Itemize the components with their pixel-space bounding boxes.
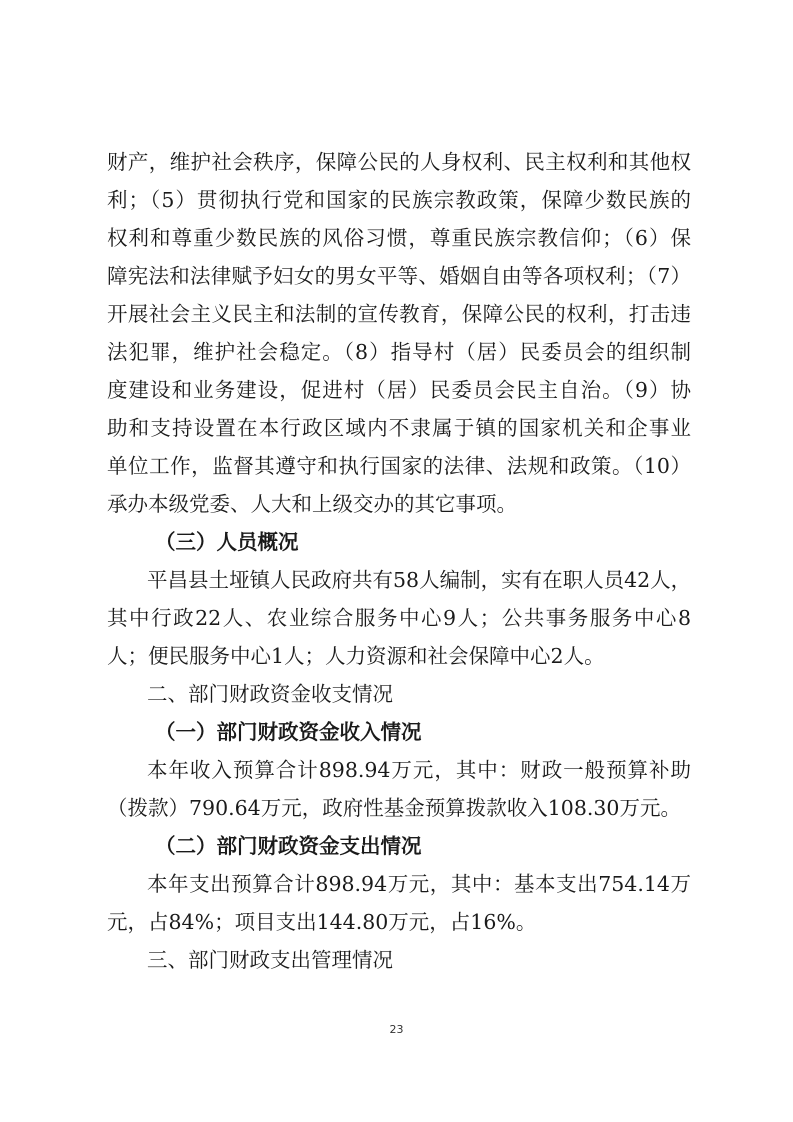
body-text-line: 财产，维护社会秩序，保障公民的人身权利、民主权利和其他权 [107, 149, 691, 175]
body-text-line: 度建设和业务建设，促进村（居）民委员会民主自治。（9）协 [107, 377, 691, 403]
income-heading: （一）部门财政资金收入情况 [155, 719, 422, 745]
section-two-heading: 二、部门财政资金收支情况 [147, 681, 393, 707]
body-text-line: 障宪法和法律赋予妇女的男女平等、婚姻自由等各项权利；（7） [107, 263, 691, 289]
expense-text-line: 元，占84%；项目支出144.80万元，占16%。 [107, 909, 691, 935]
expense-heading: （二）部门财政资金支出情况 [155, 833, 422, 859]
staff-text-line: 人；便民服务中心1人；人力资源和社会保障中心2人。 [107, 643, 691, 669]
body-text-line: 承办本级党委、人大和上级交办的其它事项。 [107, 491, 691, 517]
document-page: 财产，维护社会秩序，保障公民的人身权利、民主权利和其他权 利；（5）贯彻执行党和… [0, 0, 793, 1122]
income-text-line: （拨款）790.64万元，政府性基金预算拨款收入108.30万元。 [107, 795, 691, 821]
body-text-line: 单位工作，监督其遵守和执行国家的法律、法规和政策。（10） [107, 453, 691, 479]
section-three-heading: 三、部门财政支出管理情况 [147, 947, 393, 973]
staff-overview-heading: （三）人员概况 [155, 529, 299, 555]
body-text-line: 助和支持设置在本行政区域内不隶属于镇的国家机关和企事业 [107, 415, 691, 441]
body-text-line: 法犯罪，维护社会稳定。（8）指导村（居）民委员会的组织制 [107, 339, 691, 365]
staff-text-line: 平昌县土垭镇人民政府共有58人编制，实有在职人员42人， [147, 567, 691, 593]
page-number: 23 [0, 1023, 793, 1036]
body-text-line: 开展社会主义民主和法制的宣传教育，保障公民的权利，打击违 [107, 301, 691, 327]
staff-text-line: 其中行政22人、农业综合服务中心9人；公共事务服务中心8 [107, 605, 691, 631]
income-text-line: 本年收入预算合计898.94万元，其中：财政一般预算补助 [147, 757, 691, 783]
body-text-line: 利；（5）贯彻执行党和国家的民族宗教政策，保障少数民族的 [107, 187, 691, 213]
body-text-line: 权利和尊重少数民族的风俗习惯，尊重民族宗教信仰；（6）保 [107, 225, 691, 251]
expense-text-line: 本年支出预算合计898.94万元，其中：基本支出754.14万 [147, 871, 691, 897]
